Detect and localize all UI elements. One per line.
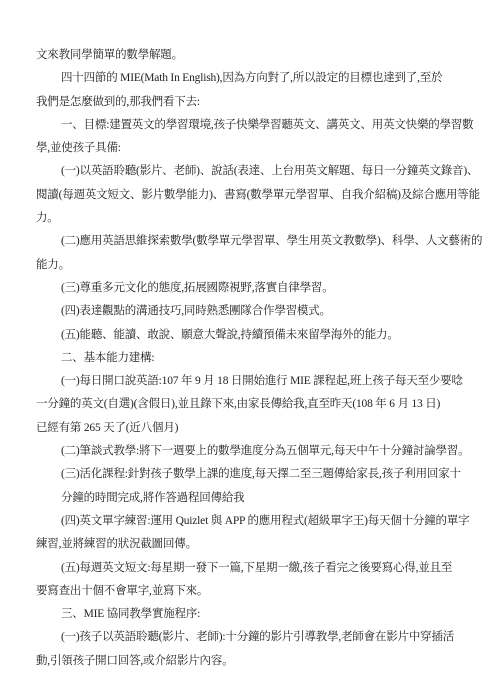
text-line: 四十四節的 MIE(Math In English),因為方向對了,所以設定的目… [36,67,476,90]
text-line: (三)尊重多元文化的態度,拓展國際視野,落實自律學習。 [36,277,476,300]
text-line: 練習,並將練習的狀況截圖回傳。 [36,533,476,556]
text-line: (一)以英語聆聽(影片、老師)、說話(表達、上台用英文解題、每日一分鐘英文錄音)… [36,160,476,183]
text-line: 分鐘的時間完成,將作答過程回傳給我 [36,487,476,510]
text-line: (一)孩子以英語聆聽(影片、老師):十分鐘的影片引導教學,老師會在影片中穿插活 [36,626,476,649]
document-body: 文來教同學簡單的數學解題。四十四節的 MIE(Math In English),… [36,44,476,673]
text-line: (五)能聽、能讀、敢說、願意大聲說,持續預備未來留學海外的能力。 [36,324,476,347]
text-line: (四)英文單字練習:運用 Quizlet 與 APP 的應用程式(超級單字王)每… [36,510,476,533]
text-line: 我們是怎麼做到的,那我們看下去: [36,91,476,114]
text-line: 三、MIE 協同教學實施程序: [36,603,476,626]
text-line: (三)活化課程:針對孩子數學上課的進度,每天擇二至三題傳給家長,孩子利用回家十 [36,463,476,486]
text-line: 一分鐘的英文(自選)(含假日),並且錄下來,由家長傳給我,直至昨天(108 年 … [36,393,476,416]
text-line: (一)每日開口說英語:107 年 9 月 18 日開始進行 MIE 課程起,班上… [36,370,476,393]
text-line: 動,引領孩子開口回答,或介紹影片內容。 [36,650,476,673]
document-page: 文來教同學簡單的數學解題。四十四節的 MIE(Math In English),… [0,0,495,700]
text-line: 能力。 [36,254,476,277]
text-line: 學,並使孩子具備: [36,137,476,160]
text-line: 力。 [36,207,476,230]
text-line: 二、基本能力建構: [36,347,476,370]
text-line: 已經有第 265 天了(近八個月) [36,417,476,440]
text-line: (四)表達觀點的溝通技巧,同時熟悉團隊合作學習模式。 [36,300,476,323]
text-line: (二)筆談式教學:將下一週要上的數學進度分為五個單元,每天中午十分鐘討論學習。 [36,440,476,463]
text-line: (五)每週英文短文:每星期一發下一篇,下星期一繳,孩子看完之後要寫心得,並且至 [36,557,476,580]
text-line: 要寫查出十個不會單字,並寫下來。 [36,580,476,603]
text-line: 文來教同學簡單的數學解題。 [36,44,476,67]
text-line: (二)應用英語思維探索數學(數學單元學習單、學生用英文教數學)、科學、人文藝術的 [36,230,476,253]
text-line: 閱讀(每週英文短文、影片數學能力)、書寫(數學單元學習單、自我介紹稿)及綜合應用… [36,184,476,207]
text-line: 一、目標:建置英文的學習環境,孩子快樂學習聽英文、講英文、用英文快樂的學習數 [36,114,476,137]
